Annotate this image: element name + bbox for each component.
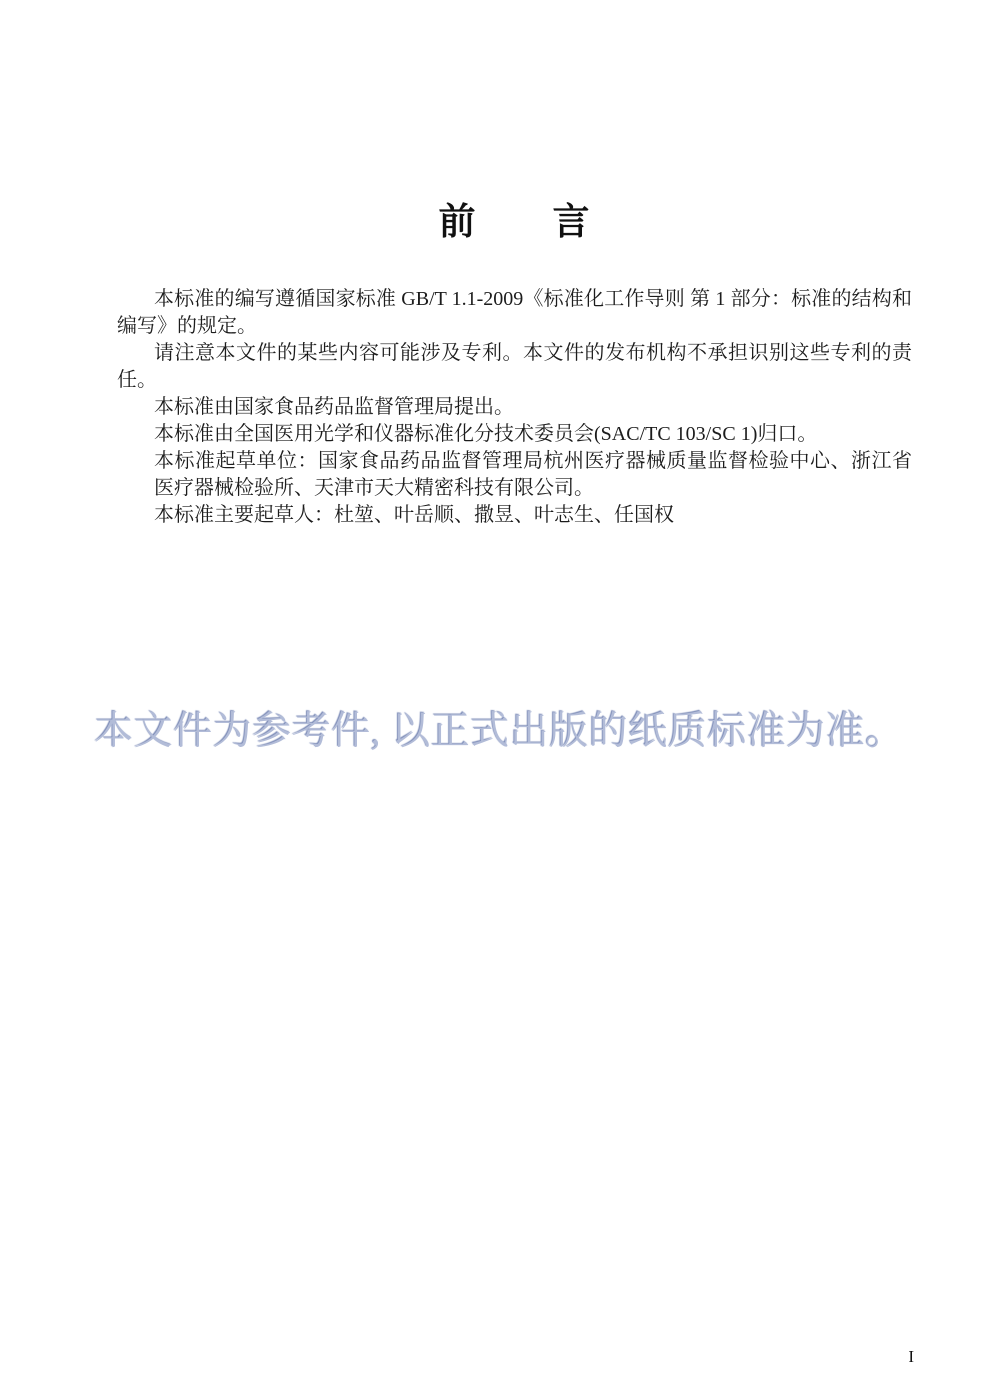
paragraph-editing-rule: 本标准的编写遵循国家标准 GB/T 1.1-2009《标准化工作导则 第 1 部… (117, 286, 912, 340)
watermark-text: 本文件为参考件, 以正式出版的纸质标准为准。 (0, 700, 999, 756)
page-title: 前 言 (117, 191, 912, 245)
paragraph-proposed-by: 本标准由国家食品药品监督管理局提出。 (117, 394, 912, 421)
paragraph-patent-notice: 请注意本文件的某些内容可能涉及专利。本文件的发布机构不承担识别这些专利的责任。 (117, 340, 912, 394)
document-page: 前 言 本标准的编写遵循国家标准 GB/T 1.1-2009《标准化工作导则 第… (0, 0, 999, 1389)
page-number: I (908, 1347, 914, 1367)
paragraph-centralized-by: 本标准由全国医用光学和仪器标准化分技术委员会(SAC/TC 103/SC 1)归… (117, 421, 912, 448)
paragraph-drafters: 本标准主要起草人：杜堃、叶岳顺、撒昱、叶志生、任国权 (117, 502, 912, 529)
paragraph-drafting-organizations: 本标准起草单位：国家食品药品监督管理局杭州医疗器械质量监督检验中心、浙江省医疗器… (117, 448, 912, 502)
foreword-body: 本标准的编写遵循国家标准 GB/T 1.1-2009《标准化工作导则 第 1 部… (117, 286, 912, 529)
